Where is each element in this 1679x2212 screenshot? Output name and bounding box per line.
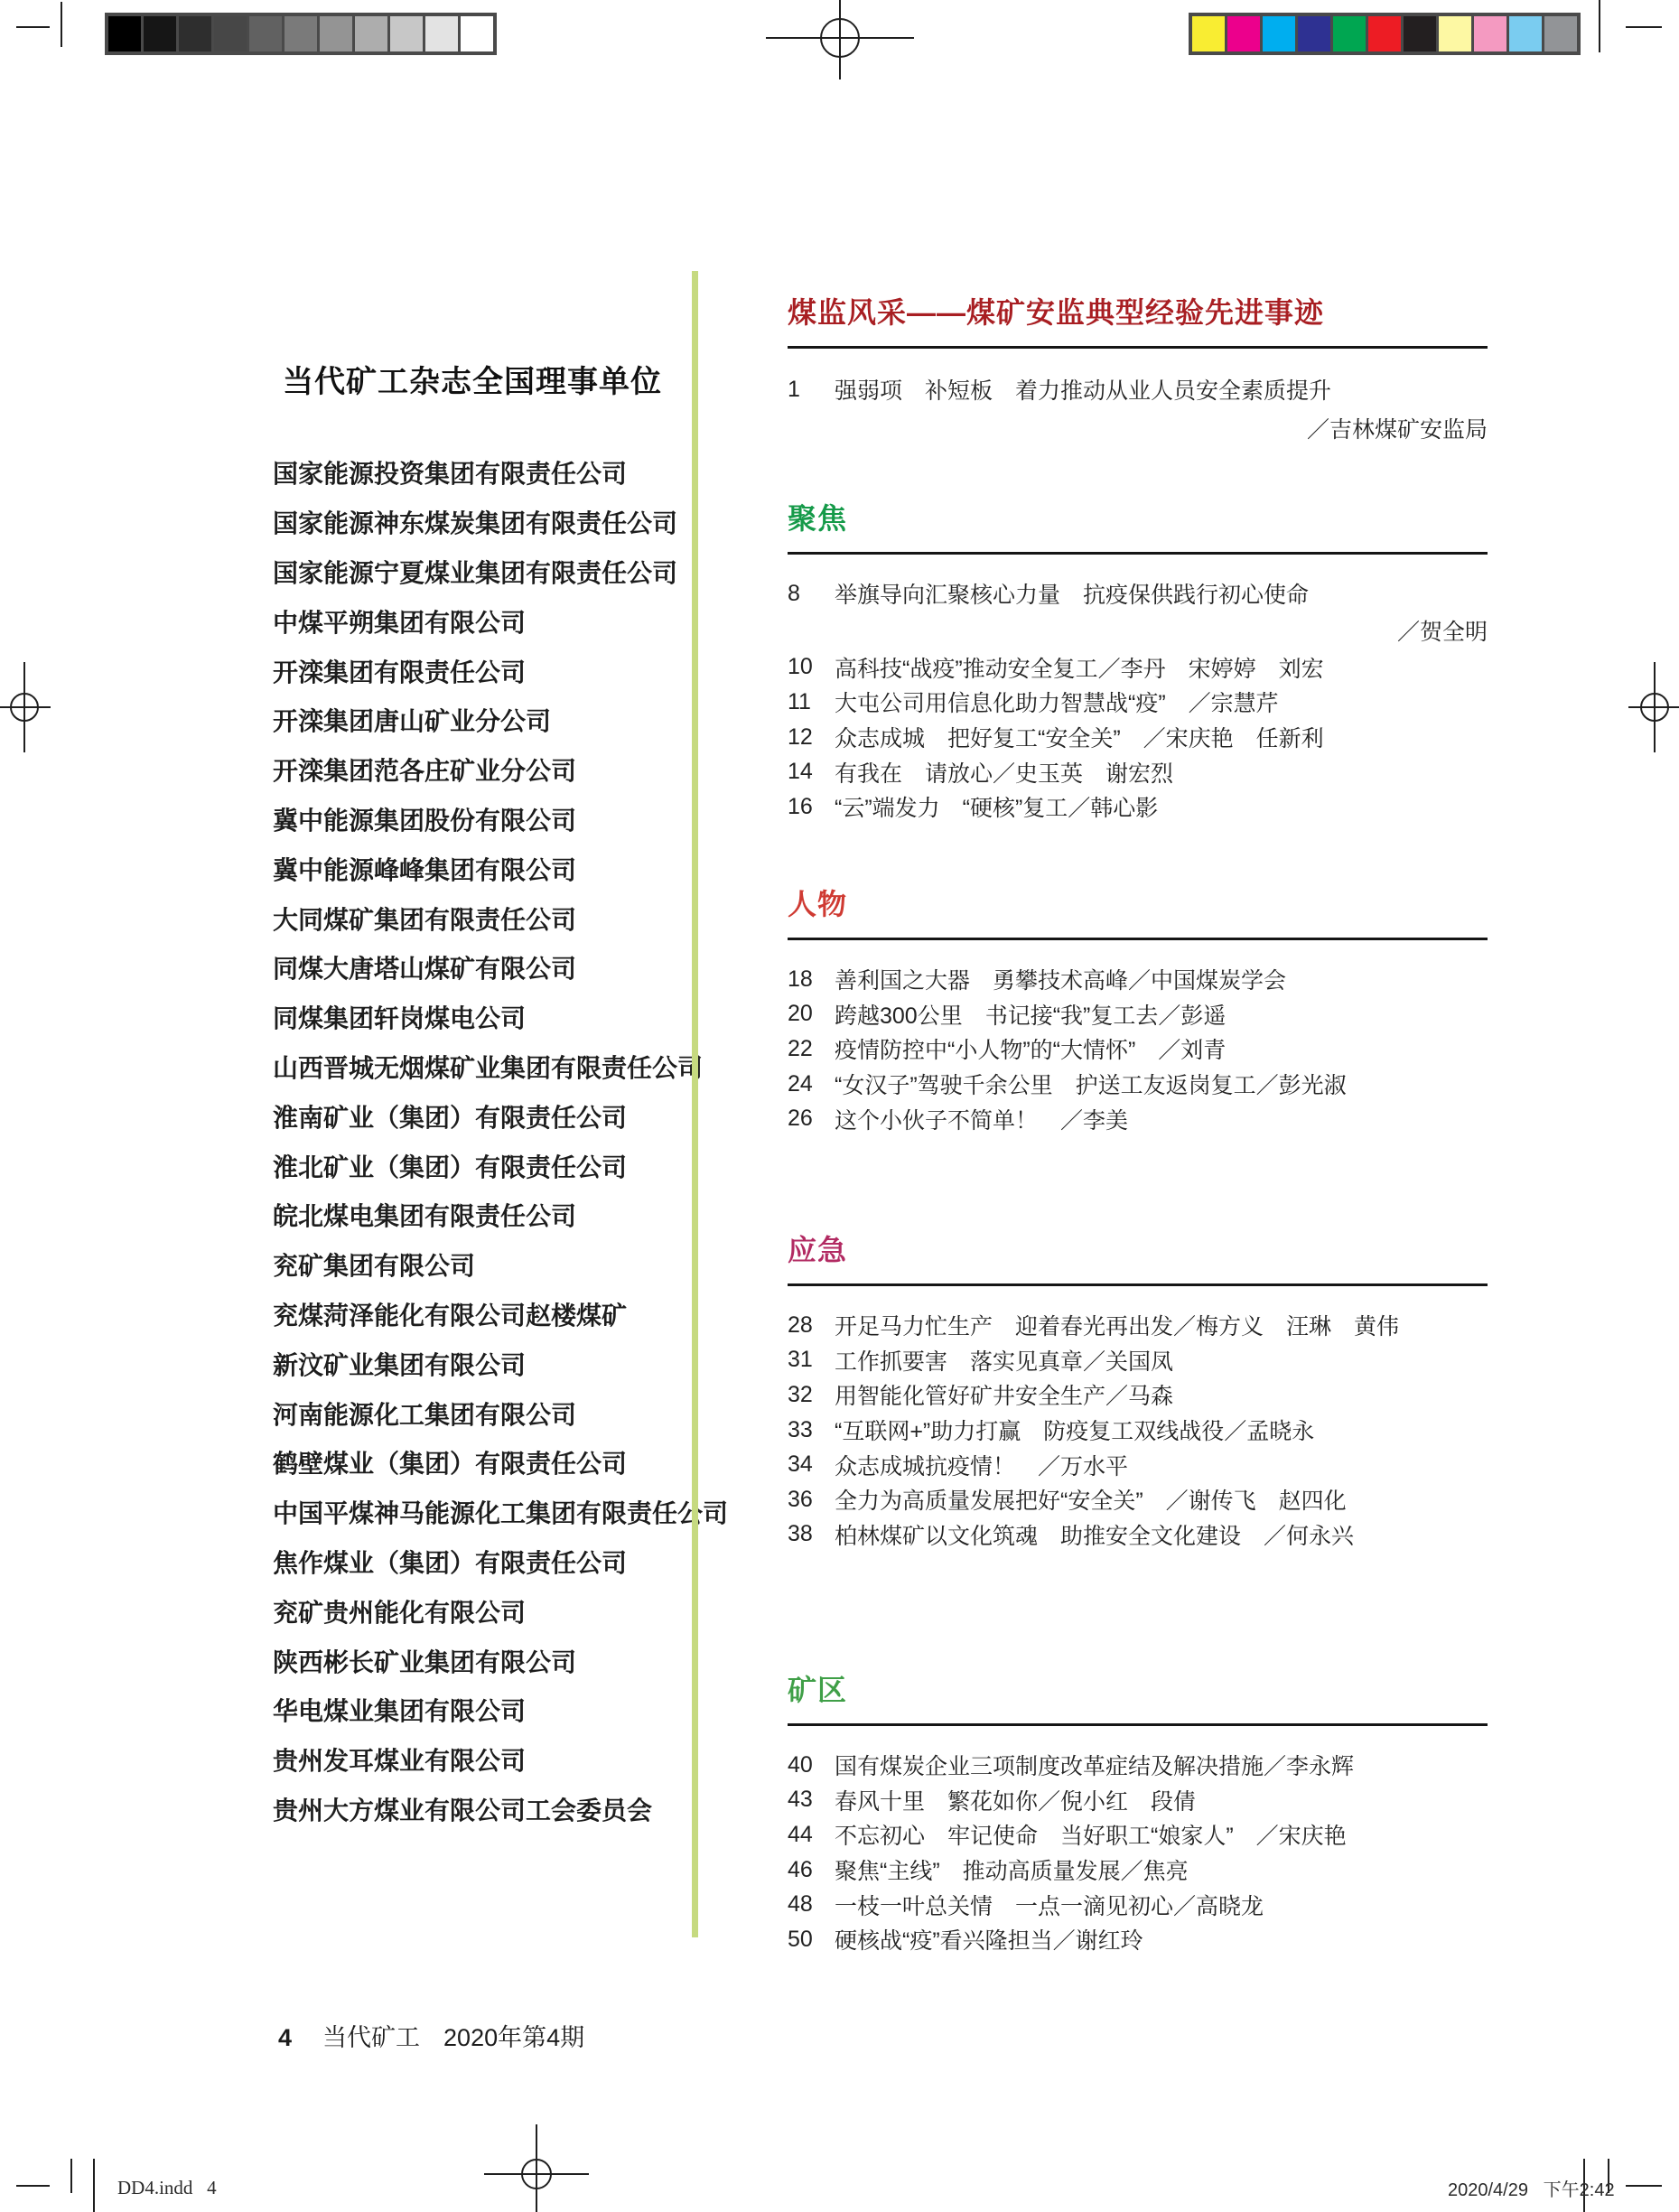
entry-page-number: 33 [788, 1417, 835, 1443]
toc-entry: 8 举旗导向汇聚核心力量 抗疫保供践行初心使命 ／贺全明 [788, 576, 1488, 650]
indesign-slug-timestamp: 2020/4/29 下午2:42 [1448, 2175, 1615, 2201]
grayscale-calibration-bar [105, 13, 497, 55]
organization-item: 贵州大方煤业有限公司工会委员会 [273, 1785, 728, 1834]
footer-page-number: 4 [278, 2024, 292, 2052]
entry-title: 春风十里 繁花如你／倪小红 段倩 [835, 1784, 1196, 1816]
entry-title: 强弱项 补短板 着力推动从业人员安全素质提升 [835, 373, 1331, 406]
entry-title: 众志成城抗疫情！ ／万水平 [835, 1449, 1128, 1481]
grayscale-swatch [179, 16, 211, 51]
crop-mark [93, 2159, 95, 2212]
entry-title: 聚焦“主线” 推动高质量发展／焦亮 [835, 1853, 1189, 1886]
entry-page-number: 31 [788, 1347, 835, 1373]
organization-item: 淮北矿业（集团）有限责任公司 [273, 1141, 728, 1190]
entry-page-number: 28 [788, 1312, 835, 1339]
section-title: 应急 [788, 1234, 1488, 1266]
color-swatch [1439, 16, 1471, 51]
organization-item: 淮南矿业（集团）有限责任公司 [273, 1091, 728, 1141]
entry-page-number: 12 [788, 724, 835, 751]
toc-entry: 18 善利国之大器 勇攀技术高峰／中国煤炭学会 [788, 962, 1488, 997]
grayscale-swatch [284, 16, 317, 51]
entry-title: 硬核战“疫”看兴隆担当／谢红玲 [835, 1923, 1143, 1955]
color-swatch [1544, 16, 1577, 51]
toc-section-jujiao: 聚焦 8 举旗导向汇聚核心力量 抗疫保供践行初心使命 ／贺全明 10 高科技“战… [788, 502, 1488, 825]
organization-item: 皖北煤电集团有限责任公司 [273, 1190, 728, 1240]
page-footer: 4 当代矿工 2020年第4期 [278, 2018, 584, 2053]
entry-page-number: 24 [788, 1071, 835, 1097]
crop-mark [1599, 0, 1600, 52]
entry-title: 开足马力忙生产 迎着春光再出发／梅方义 汪琳 黄伟 [835, 1309, 1399, 1341]
grayscale-swatch [425, 16, 458, 51]
toc-entry: 33 “互联网+”助力打赢 防疫复工双线战役／孟晓永 [788, 1413, 1488, 1448]
entry-page-number: 16 [788, 794, 835, 820]
toc-entry: 36 全力为高质量发展把好“安全关” ／谢传飞 赵四化 [788, 1482, 1488, 1517]
toc-entry: 48 一枝一叶总关情 一点一滴见初心／高晓龙 [788, 1887, 1488, 1922]
color-swatch [1192, 16, 1225, 51]
entry-title: 举旗导向汇聚核心力量 抗疫保供践行初心使命 [835, 577, 1309, 610]
entry-page-number: 14 [788, 759, 835, 785]
organization-item: 鹤壁煤业（集团）有限责任公司 [273, 1438, 728, 1488]
toc-entry: 32 用智能化管好矿井安全生产／马森 [788, 1377, 1488, 1413]
magazine-toc-page: 当代矿工杂志全国理事单位 国家能源投资集团有限责任公司国家能源神东煤炭集团有限责… [0, 0, 1679, 2212]
toc-entry: 20 跨越300公里 书记接“我”复工去／彭遥 [788, 997, 1488, 1032]
entry-title: “女汉子”驾驶千余公里 护送工友返岗复工／彭光淑 [835, 1068, 1347, 1100]
indesign-slug-filename: DD4.indd 4 [117, 2177, 217, 2199]
entry-page-number: 10 [788, 654, 835, 680]
entry-page-number: 34 [788, 1451, 835, 1478]
entry-page-number: 46 [788, 1857, 835, 1883]
entry-page-number: 32 [788, 1382, 835, 1408]
entry-title: 大屯公司用信息化助力智慧战“疫” ／宗慧芹 [835, 686, 1279, 718]
entry-page-number: 26 [788, 1106, 835, 1132]
section-rule [788, 1283, 1488, 1286]
entry-author: ／贺全明 [788, 611, 1488, 650]
section-title: 矿区 [788, 1674, 1488, 1706]
section-rule [788, 938, 1488, 940]
entry-title: 善利国之大器 勇攀技术高峰／中国煤炭学会 [835, 963, 1286, 995]
organization-item: 华电煤业集团有限公司 [273, 1685, 728, 1735]
column-divider [692, 271, 698, 1937]
crop-mark [70, 2159, 72, 2193]
toc-section-meijian: 煤监风采——煤矿安监典型经验先进事迹 1 强弱项 补短板 着力推动从业人员安全素… [788, 296, 1488, 447]
entry-page-number: 50 [788, 1927, 835, 1953]
toc-entry: 38 柏林煤矿以文化筑魂 助推安全文化建设 ／何永兴 [788, 1517, 1488, 1553]
color-swatch [1474, 16, 1506, 51]
toc-section-kuangqu: 矿区 40 国有煤炭企业三项制度改革症结及解决措施／李永辉 43 春风十里 繁花… [788, 1674, 1488, 1957]
organization-item: 大同煤矿集团有限责任公司 [273, 893, 728, 943]
organization-item: 开滦集团有限责任公司 [273, 646, 728, 695]
entry-title: 全力为高质量发展把好“安全关” ／谢传飞 赵四化 [835, 1483, 1347, 1516]
color-swatch [1404, 16, 1436, 51]
toc-entry: 28 开足马力忙生产 迎着春光再出发／梅方义 汪琳 黄伟 [788, 1308, 1488, 1343]
color-calibration-bar [1189, 13, 1581, 55]
entry-page-number: 8 [788, 581, 835, 607]
organization-item: 开滦集团唐山矿业分公司 [273, 695, 728, 745]
color-swatch [1227, 16, 1260, 51]
organization-item: 新汶矿业集团有限公司 [273, 1339, 728, 1388]
entry-page-number: 22 [788, 1036, 835, 1062]
council-list-title: 当代矿工杂志全国理事单位 [283, 357, 662, 401]
entry-title: 疫情防控中“小人物”的“大情怀” ／刘青 [835, 1032, 1226, 1065]
entry-page-number: 44 [788, 1822, 835, 1848]
footer-issue: 2020年第4期 [443, 2018, 584, 2053]
entry-page-number: 18 [788, 966, 835, 993]
entry-title: 工作抓要害 落实见真章／关国凤 [835, 1344, 1173, 1377]
grayscale-swatch [355, 16, 387, 51]
crop-mark [16, 2185, 50, 2187]
organization-item: 国家能源神东煤炭集团有限责任公司 [273, 498, 728, 547]
grayscale-swatch [144, 16, 176, 51]
entry-author: ／吉林煤矿安监局 [788, 408, 1488, 447]
organization-item: 同煤大唐塔山煤矿有限公司 [273, 943, 728, 993]
section-title: 人物 [788, 888, 1488, 920]
color-swatch [1368, 16, 1401, 51]
toc-entry: 11 大屯公司用信息化助力智慧战“疫” ／宗慧芹 [788, 685, 1488, 720]
grayscale-swatch [108, 16, 141, 51]
organization-item: 国家能源投资集团有限责任公司 [273, 448, 728, 498]
crop-mark [61, 2, 62, 47]
toc-entry: 46 聚焦“主线” 推动高质量发展／焦亮 [788, 1853, 1488, 1888]
entry-title: 一枝一叶总关情 一点一滴见初心／高晓龙 [835, 1889, 1264, 1921]
entry-title: “互联网+”助力打赢 防疫复工双线战役／孟晓永 [835, 1414, 1314, 1446]
entry-page-number: 40 [788, 1752, 835, 1778]
organization-item: 焦作煤业（集团）有限责任公司 [273, 1537, 728, 1587]
entry-page-number: 1 [788, 377, 835, 403]
grayscale-swatch [461, 16, 493, 51]
crop-mark [16, 26, 50, 28]
entry-title: 众志成城 把好复工“安全关” ／宋庆艳 任新利 [835, 721, 1324, 753]
section-title: 煤监风采——煤矿安监典型经验先进事迹 [788, 296, 1488, 329]
color-swatch [1509, 16, 1542, 51]
organization-item: 山西晋城无烟煤矿业集团有限责任公司 [273, 1042, 728, 1092]
entry-page-number: 36 [788, 1487, 835, 1513]
section-rule [788, 346, 1488, 349]
toc-entry: 50 硬核战“疫”看兴隆担当／谢红玲 [788, 1922, 1488, 1957]
toc-entry: 22 疫情防控中“小人物”的“大情怀” ／刘青 [788, 1031, 1488, 1067]
toc-entry: 40 国有煤炭企业三项制度改革症结及解决措施／李永辉 [788, 1748, 1488, 1783]
toc-entry: 10 高科技“战疫”推动安全复工／李丹 宋婷婷 刘宏 [788, 650, 1488, 686]
entry-title: 用智能化管好矿井安全生产／马森 [835, 1378, 1173, 1411]
organization-item: 兖矿集团有限公司 [273, 1240, 728, 1290]
organization-item: 冀中能源集团股份有限公司 [273, 795, 728, 845]
organization-item: 开滦集团范各庄矿业分公司 [273, 745, 728, 795]
color-swatch [1263, 16, 1295, 51]
organization-item: 贵州发耳煤业有限公司 [273, 1735, 728, 1785]
section-rule [788, 1723, 1488, 1726]
organization-item: 河南能源化工集团有限公司 [273, 1388, 728, 1438]
entry-title: 这个小伙子不简单！ ／李美 [835, 1103, 1128, 1135]
entry-page-number: 48 [788, 1891, 835, 1918]
entry-title: “云”端发力 “硬核”复工／韩心影 [835, 790, 1158, 823]
crop-mark [1626, 2185, 1662, 2187]
grayscale-swatch [249, 16, 282, 51]
organization-item: 国家能源宁夏煤业集团有限责任公司 [273, 547, 728, 597]
entry-page-number: 11 [788, 689, 835, 715]
entry-title: 高科技“战疫”推动安全复工／李丹 宋婷婷 刘宏 [835, 651, 1324, 684]
grayscale-swatch [214, 16, 247, 51]
toc-entry: 44 不忘初心 牢记使命 当好职工“娘家人” ／宋庆艳 [788, 1817, 1488, 1853]
toc-entry: 24 “女汉子”驾驶千余公里 护送工友返岗复工／彭光淑 [788, 1067, 1488, 1102]
color-swatch [1298, 16, 1330, 51]
grayscale-swatch [390, 16, 423, 51]
toc-entry: 34 众志成城抗疫情！ ／万水平 [788, 1447, 1488, 1482]
entry-title: 国有煤炭企业三项制度改革症结及解决措施／李永辉 [835, 1749, 1354, 1781]
toc-section-renwu: 人物 18 善利国之大器 勇攀技术高峰／中国煤炭学会 20 跨越300公里 书记… [788, 888, 1488, 1136]
toc-section-yingji: 应急 28 开足马力忙生产 迎着春光再出发／梅方义 汪琳 黄伟 31 工作抓要害… [788, 1234, 1488, 1552]
crop-mark [1626, 26, 1662, 28]
footer-journal-name: 当代矿工 [322, 2018, 420, 2053]
organization-item: 兖矿贵州能化有限公司 [273, 1586, 728, 1636]
toc-entry: 12 众志成城 把好复工“安全关” ／宋庆艳 任新利 [788, 720, 1488, 755]
grayscale-swatch [320, 16, 352, 51]
section-title: 聚焦 [788, 502, 1488, 535]
color-swatch [1333, 16, 1366, 51]
organization-item: 冀中能源峰峰集团有限公司 [273, 844, 728, 893]
organization-item: 陕西彬长矿业集团有限公司 [273, 1636, 728, 1685]
toc-entry: 31 工作抓要害 落实见真章／关国凤 [788, 1343, 1488, 1378]
organization-item: 兖煤菏泽能化有限公司赵楼煤矿 [273, 1290, 728, 1339]
organization-item: 同煤集团轩岗煤电公司 [273, 993, 728, 1042]
entry-title: 跨越300公里 书记接“我”复工去／彭遥 [835, 998, 1226, 1031]
toc-entry: 43 春风十里 繁花如你／倪小红 段倩 [788, 1783, 1488, 1818]
entry-page-number: 43 [788, 1787, 835, 1813]
organization-item: 中煤平朔集团有限公司 [273, 596, 728, 646]
organization-item: 中国平煤神马能源化工集团有限责任公司 [273, 1488, 728, 1537]
entry-title: 柏林煤矿以文化筑魂 助推安全文化建设 ／何永兴 [835, 1518, 1354, 1551]
entry-title: 不忘初心 牢记使命 当好职工“娘家人” ／宋庆艳 [835, 1818, 1347, 1851]
toc-entry: 26 这个小伙子不简单！ ／李美 [788, 1101, 1488, 1136]
toc-entry: 14 有我在 请放心／史玉英 谢宏烈 [788, 754, 1488, 789]
entry-title: 有我在 请放心／史玉英 谢宏烈 [835, 756, 1173, 789]
entry-page-number: 20 [788, 1001, 835, 1027]
organization-list: 国家能源投资集团有限责任公司国家能源神东煤炭集团有限责任公司国家能源宁夏煤业集团… [273, 448, 728, 1834]
toc-entry: 16 “云”端发力 “硬核”复工／韩心影 [788, 789, 1488, 825]
entry-page-number: 38 [788, 1521, 835, 1547]
section-rule [788, 552, 1488, 555]
toc-entry: 1 强弱项 补短板 着力推动从业人员安全素质提升 ／吉林煤矿安监局 [788, 370, 1488, 447]
